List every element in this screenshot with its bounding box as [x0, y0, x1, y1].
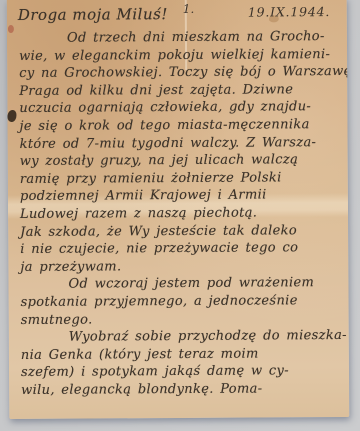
letter-line: Od trzech dni mieszkam na Grocho- [19, 28, 341, 48]
letter-line: wy zostały gruzy, na jej ulicach walczą [20, 151, 342, 171]
letter-line: je się o krok od tego miasta-męczennika [19, 116, 341, 136]
letter-line: Wyobraź sobie przychodzę do mieszka- [21, 327, 343, 347]
letter-line: ja przeżywam. [20, 257, 342, 277]
letter-body: Od trzech dni mieszkam na Grocho- wie, w… [19, 28, 343, 399]
letter-line: cy na Grochowskiej. Toczy się bój o Wars… [19, 63, 341, 83]
letter-date: 19.IX.1944. [248, 4, 330, 20]
letter-paper: Droga moja Miluś! 1. 19.IX.1944. Od trze… [7, 0, 350, 419]
salutation: Droga moja Miluś! [18, 5, 168, 24]
letter-line: smutnego. [21, 309, 343, 329]
letter-line: wie, w eleganckim pokoju wielkiej kamien… [19, 46, 341, 66]
letter-line: Praga od kilku dni jest zajęta. Dziwne [19, 81, 341, 101]
letter-photo: Droga moja Miluś! 1. 19.IX.1944. Od trze… [0, 0, 360, 431]
ink-stain [7, 110, 16, 122]
letter-line: ramię przy ramieniu żołnierze Polski [20, 169, 342, 189]
letter-line: Od wczoraj jestem pod wrażeniem [20, 274, 342, 294]
letter-line: uczucia ogarniają człowieka, gdy znajdu- [19, 98, 341, 118]
letter-line: podziemnej Armii Krajowej i Armii [20, 186, 342, 206]
letter-line: i nie czujecie, nie przeżywacie tego co [20, 239, 342, 259]
letter-line: szefem) i spotykam jakąś damę w cy- [21, 362, 343, 382]
page-number: 1. [183, 2, 195, 16]
letter-line: nia Genka (który jest teraz moim [21, 345, 343, 365]
letter-line: które od 7-miu tygodni walczy. Z Warsza- [20, 134, 342, 154]
letter-header: Droga moja Miluś! 1. 19.IX.1944. [7, 0, 347, 29]
letter-line: Jak szkoda, że Wy jesteście tak daleko [20, 222, 342, 242]
letter-line: spotkania przyjemnego, a jednocześnie [21, 292, 343, 312]
letter-line: wilu, elegancką blondynkę. Poma- [21, 380, 343, 400]
letter-line: Ludowej razem z naszą piechotą. [20, 204, 342, 224]
